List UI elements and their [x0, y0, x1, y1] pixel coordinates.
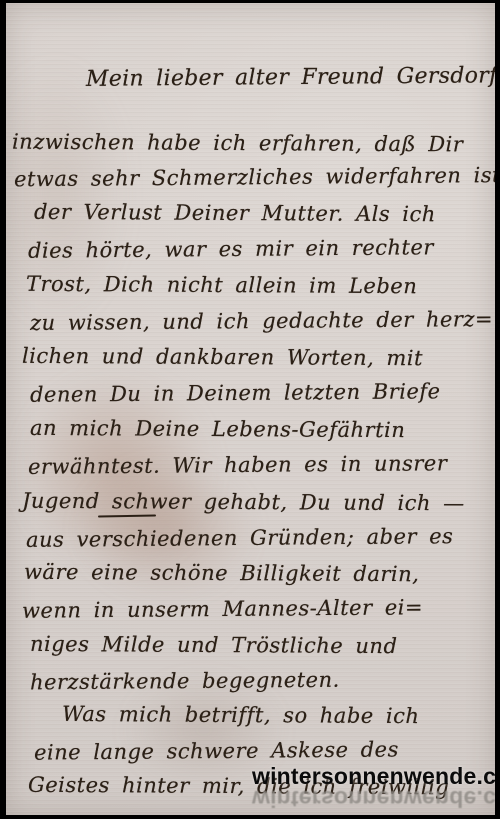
letter-line: an mich Deine Lebens-Gefährtin — [30, 415, 405, 443]
letter-line: Jugend schwer gehabt, Du und ich — — [22, 488, 465, 517]
letter-line: Mein lieber alter Freund Gersdorff, — [86, 63, 495, 93]
letter-line: wenn in unserm Mannes-Alter ei= — [22, 594, 423, 623]
letter-line: lichen und dankbaren Worten, mit — [22, 343, 423, 371]
letter-line: aus verschiedenen Gründen; aber es — [26, 523, 454, 553]
ink-underline-schwer — [98, 514, 156, 517]
letter-line: erwähntest. Wir haben es in unsrer — [28, 450, 448, 480]
watermark: wintersonnenwende.com — [252, 763, 495, 790]
letter-line: wäre eine schöne Billigkeit darin, — [24, 559, 420, 587]
letter-line: herzstärkende begegneten. — [30, 667, 340, 696]
letter-line: etwas sehr Schmerzliches widerfahren ist… — [14, 162, 495, 193]
letter-line: Trost, Dich nicht allein im Leben — [26, 271, 417, 299]
letter-line: inzwischen habe ich erfahren, daß Dir — [12, 129, 463, 158]
paper: Mein lieber alter Freund Gersdorff, inzw… — [6, 3, 495, 815]
letter-line: dies hörte, war es mir ein rechter — [28, 234, 434, 264]
letter-line: eine lange schwere Askese des — [34, 736, 399, 765]
letter-scan: Mein lieber alter Freund Gersdorff, inzw… — [0, 0, 500, 819]
letter-line: Was mich betrifft, so habe ich — [62, 701, 420, 729]
letter-line: niges Milde und Tröstliche und — [30, 631, 398, 659]
letter-line: denen Du in Deinem letzten Briefe — [30, 378, 441, 408]
letter-line: der Verlust Deiner Mutter. Als ich — [34, 199, 436, 227]
letter-body: Mein lieber alter Freund Gersdorff, inzw… — [6, 3, 495, 815]
letter-line: zu wissen, und ich gedachte der herz= — [30, 306, 493, 336]
